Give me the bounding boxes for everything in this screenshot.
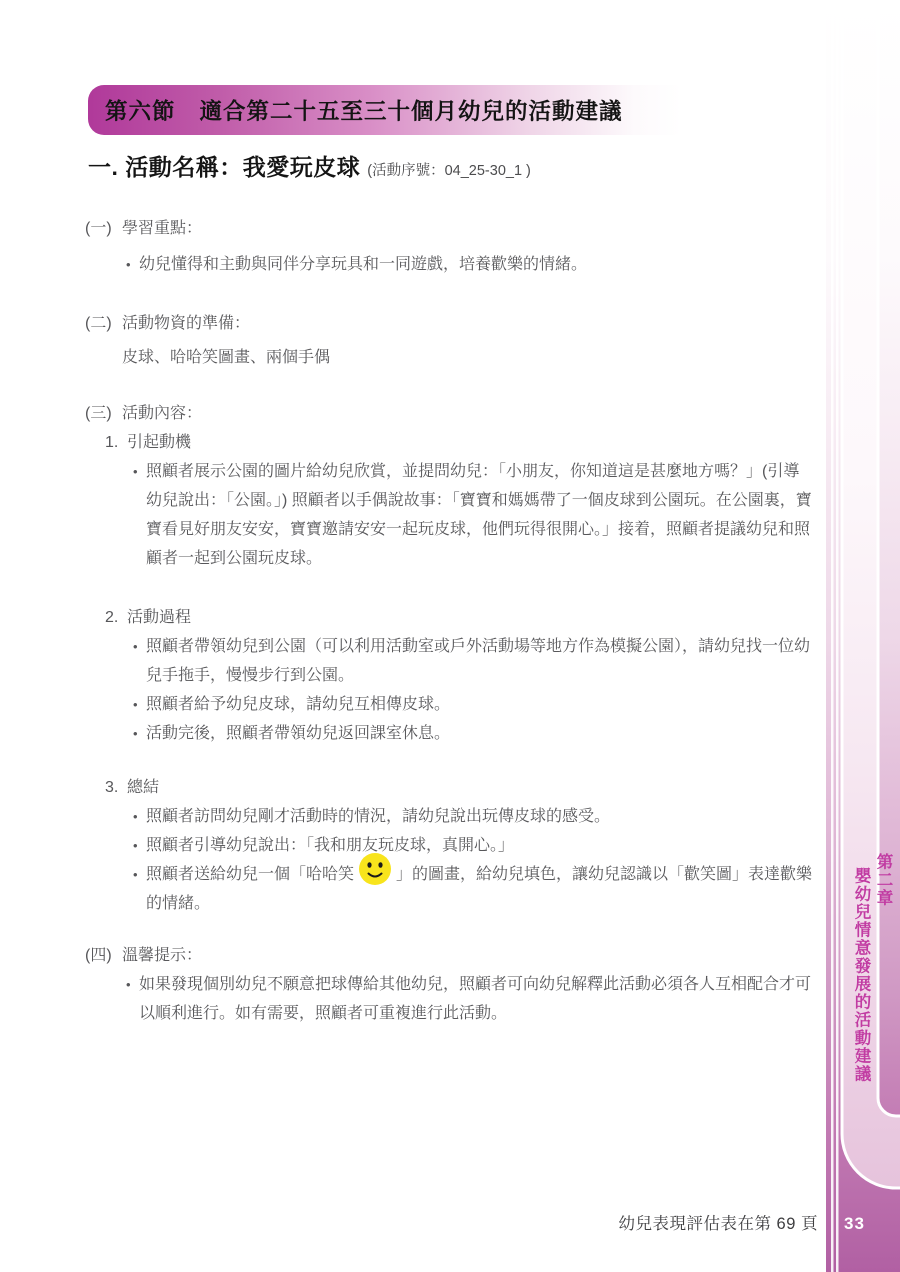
document-page: 第六節 適合第二十五至三十個月幼兒的活動建議 一. 活動名稱：我愛玩皮球(活動序… xyxy=(0,0,900,1272)
bullet-item: • 照顧者引導幼兒說出：「我和朋友玩皮球，真開心。」 xyxy=(133,831,826,860)
bullet-text: 幼兒懂得和主動與同伴分享玩具和一同遊戲，培養歡樂的情緒。 xyxy=(139,250,814,279)
section-heading: 活動內容： xyxy=(122,399,202,428)
bullet-text: 照顧者引導幼兒說出：「我和朋友玩皮球，真開心。」 xyxy=(146,831,814,860)
bullet-dot: • xyxy=(133,831,146,860)
item-number: 3. xyxy=(105,773,127,802)
chapter-number: 第二章 xyxy=(872,853,894,1153)
bullet-text: 活動完後，照顧者帶領幼兒返回課室休息。 xyxy=(146,719,814,748)
bullet-text: 照顧者送給幼兒一個「哈哈笑」的圖畫，給幼兒填色，讓幼兒認識以「歡笑圖」表達歡樂的… xyxy=(146,860,814,918)
section-number: 第六節 xyxy=(105,94,176,126)
bullet-text: 照顧者展示公園的圖片給幼兒欣賞，並提問幼兒：「小朋友，你知道這是甚麼地方嗎？」(… xyxy=(146,457,814,573)
bullet-item: • 照顧者訪問幼兒剛才活動時的情況，請幼兒說出玩傳皮球的感受。 xyxy=(133,802,826,831)
chapter-title: 嬰幼兒情意發展的活動建議 xyxy=(850,867,872,1153)
chapter-vertical-label: 第二章 嬰幼兒情意發展的活動建議 xyxy=(850,853,894,1153)
bullet-dot: • xyxy=(133,457,146,573)
bullet-item: • 活動完後，照顧者帶領幼兒返回課室休息。 xyxy=(133,719,826,748)
item-title: 引起動機 xyxy=(127,428,191,457)
bullet-item: • 照顧者展示公園的圖片給幼兒欣賞，並提問幼兒：「小朋友，你知道這是甚麼地方嗎？… xyxy=(133,457,826,573)
bullet-dot: • xyxy=(133,719,146,748)
bullet-text: 如果發現個別幼兒不願意把球傳給其他幼兒，照顧者可向幼兒解釋此活動必須各人互相配合… xyxy=(139,970,814,1028)
section-1-heading-row: (一) 學習重點： xyxy=(0,214,826,243)
bullet-dot: • xyxy=(133,632,146,690)
section-3: (三) 活動內容： 1. 引起動機 • 照顧者展示公園的圖片給幼兒欣賞，並提問幼… xyxy=(0,399,826,918)
section-label: (一) xyxy=(85,214,122,243)
section-header-bar: 第六節 適合第二十五至三十個月幼兒的活動建議 xyxy=(88,85,682,135)
section-2: (二) 活動物資的準備： 皮球、哈哈笑圖畫、兩個手偶 xyxy=(0,309,826,372)
bullet-dot: • xyxy=(133,860,146,918)
bullet-text: 照顧者給予幼兒皮球，請幼兒互相傳皮球。 xyxy=(146,690,814,719)
section-label: (三) xyxy=(85,399,122,428)
smiley-icon xyxy=(354,865,396,879)
bullet-dot: • xyxy=(126,250,139,279)
item-title: 活動過程 xyxy=(127,603,191,632)
numbered-item-1: 1. 引起動機 xyxy=(105,428,826,457)
section-label: (四) xyxy=(85,941,122,970)
bullet-dot: • xyxy=(133,690,146,719)
section-3-heading-row: (三) 活動內容： xyxy=(0,399,826,428)
item-number: 2. xyxy=(105,603,127,632)
bullet-item: • 照顧者給予幼兒皮球，請幼兒互相傳皮球。 xyxy=(133,690,826,719)
section-header-title: 適合第二十五至三十個月幼兒的活動建議 xyxy=(200,94,623,126)
section-4: (四) 溫馨提示： • 如果發現個別幼兒不願意把球傳給其他幼兒，照顧者可向幼兒解… xyxy=(0,941,826,1028)
section-heading: 活動物資的準備： xyxy=(122,309,250,338)
numbered-item-2: 2. 活動過程 xyxy=(105,603,826,632)
activity-title-row: 一. 活動名稱：我愛玩皮球(活動序號：04_25-30_1 ) xyxy=(88,150,531,188)
bullet-item: • 幼兒懂得和主動與同伴分享玩具和一同遊戲，培養歡樂的情緒。 xyxy=(126,250,826,279)
section-heading: 溫馨提示： xyxy=(122,941,202,970)
assessment-page-note: 幼兒表現評估表在第 69 頁 xyxy=(618,1210,818,1234)
activity-serial: (活動序號：04_25-30_1 ) xyxy=(367,163,531,179)
section-1: (一) 學習重點： • 幼兒懂得和主動與同伴分享玩具和一同遊戲，培養歡樂的情緒。 xyxy=(0,214,826,279)
section-label: (二) xyxy=(85,309,122,338)
bullet-text-pre: 照顧者送給幼兒一個「哈哈笑 xyxy=(146,866,354,883)
bullet-item-with-smiley: • 照顧者送給幼兒一個「哈哈笑」的圖畫，給幼兒填色，讓幼兒認識以「歡笑圖」表達歡… xyxy=(133,860,826,918)
bullet-text: 照顧者訪問幼兒剛才活動時的情況，請幼兒說出玩傳皮球的感受。 xyxy=(146,802,814,831)
bullet-item: • 照顧者帶領幼兒到公園（可以利用活動室或戶外活動場等地方作為模擬公園），請幼兒… xyxy=(133,632,826,690)
section-heading: 學習重點： xyxy=(122,214,202,243)
section-4-heading-row: (四) 溫馨提示： xyxy=(0,941,826,970)
bullet-dot: • xyxy=(126,970,139,1028)
item-title: 總結 xyxy=(127,773,159,802)
numbered-item-3: 3. 總結 xyxy=(105,773,826,802)
bullet-text: 照顧者帶領幼兒到公園（可以利用活動室或戶外活動場等地方作為模擬公園），請幼兒找一… xyxy=(146,632,814,690)
main-content: (一) 學習重點： • 幼兒懂得和主動與同伴分享玩具和一同遊戲，培養歡樂的情緒。… xyxy=(0,213,826,1028)
activity-name: 一. 活動名稱：我愛玩皮球 xyxy=(88,154,360,180)
section-2-heading-row: (二) 活動物資的準備： xyxy=(0,309,826,338)
materials-line: 皮球、哈哈笑圖畫、兩個手偶 xyxy=(122,343,826,372)
bullet-dot: • xyxy=(133,802,146,831)
page-number: 33 xyxy=(844,1214,865,1234)
bullet-item: • 如果發現個別幼兒不願意把球傳給其他幼兒，照顧者可向幼兒解釋此活動必須各人互相… xyxy=(126,970,826,1028)
item-number: 1. xyxy=(105,428,127,457)
